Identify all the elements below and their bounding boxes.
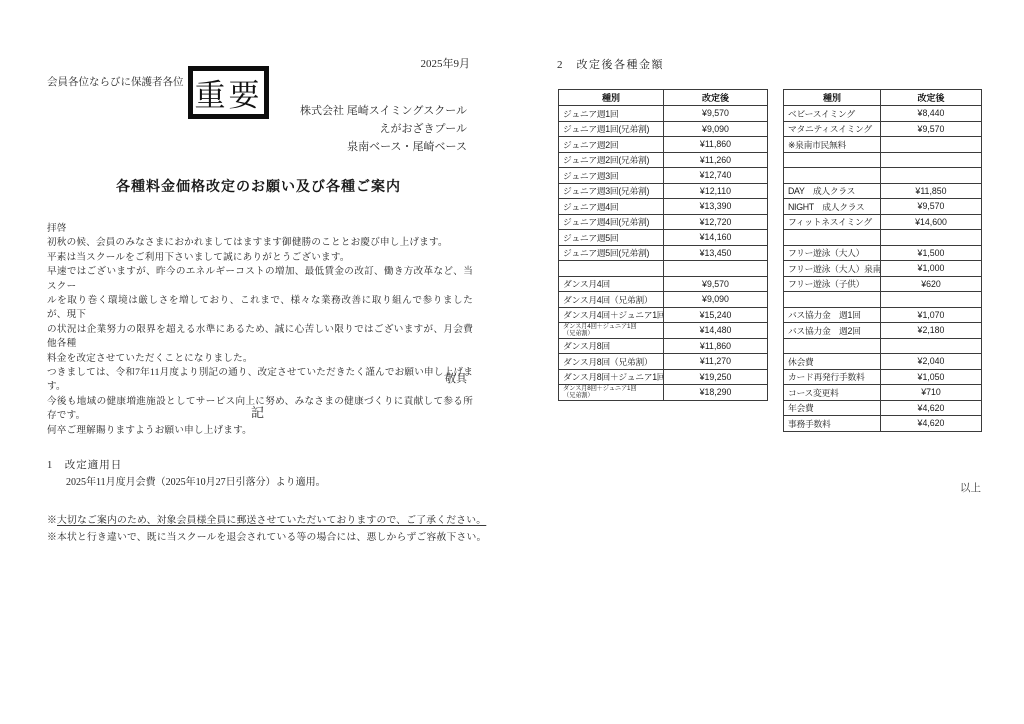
footnote-marker: ※ — [47, 515, 57, 526]
price-row-label — [559, 261, 664, 277]
price-row-label: ダンス月8回＋ジュニア1回 — [559, 369, 664, 385]
footnote-withdrawn-text: 本状と行き違いで、既に当スクールを退会されている等の場合には、悪しからずご容赦下… — [57, 532, 486, 543]
footnote-mailing-text: 大切なご案内のため、対象会員様全員に郵送させていただいておりますので、ご了承くだ… — [57, 515, 486, 526]
price-row-label: ジュニア週1回(兄弟割) — [559, 121, 664, 137]
price-row: DAY 成人クラス¥11,850 — [784, 183, 982, 199]
price-row: 年会費¥4,620 — [784, 400, 982, 416]
price-row-label: ジュニア週3回(兄弟割) — [559, 183, 664, 199]
price-row: 休会費¥2,040 — [784, 354, 982, 370]
price-row-value: ¥9,570 — [664, 106, 768, 122]
price-row: ダンス月4回＋ジュニア1回¥15,240 — [559, 307, 768, 323]
price-row-label: 年会費 — [784, 400, 881, 416]
column-header-revised: 改定後 — [664, 90, 768, 106]
price-row: ダンス月8回＋ジュニア1回¥19,250 — [559, 369, 768, 385]
price-row-value: ¥12,720 — [664, 214, 768, 230]
price-row — [784, 338, 982, 354]
price-row-label: バス協力金 週2回 — [784, 323, 881, 339]
other-price-table: 種別 改定後 ベビースイミング¥8,440マタニティスイミング¥9,570※泉南… — [783, 89, 982, 432]
price-row-label: ジュニア週1回 — [559, 106, 664, 122]
price-row-label: ダンス月8回＋ジュニア1回 （兄弟割） — [559, 385, 664, 401]
footnote-withdrawn: ※本状と行き違いで、既に当スクールを退会されている等の場合には、悪しからずご容赦… — [47, 529, 486, 543]
price-row-value: ¥11,860 — [664, 137, 768, 153]
price-row: ジュニア週3回(兄弟割)¥12,110 — [559, 183, 768, 199]
price-row: ジュニア週5回(兄弟割)¥13,450 — [559, 245, 768, 261]
table-header: 種別 改定後 — [559, 90, 768, 106]
price-row-label: ジュニア週4回 — [559, 199, 664, 215]
table-header: 種別 改定後 — [784, 90, 982, 106]
price-row: ベビースイミング¥8,440 — [784, 106, 982, 122]
section1-text: 2025年11月度月会費（2025年10月27日引落分）より適用。 — [66, 473, 326, 488]
price-row-label: NIGHT 成人クラス — [784, 199, 881, 215]
price-row: ダンス月8回＋ジュニア1回 （兄弟割）¥18,290 — [559, 385, 768, 401]
price-row-value: ¥13,450 — [664, 245, 768, 261]
price-row: NIGHT 成人クラス¥9,570 — [784, 199, 982, 215]
price-row-value: ¥19,250 — [664, 369, 768, 385]
price-row — [784, 168, 982, 184]
price-row-value: ¥4,620 — [881, 416, 982, 432]
price-row: コース変更料¥710 — [784, 385, 982, 401]
price-row-value: ¥12,110 — [664, 183, 768, 199]
price-row: カード再発行手数料¥1,050 — [784, 369, 982, 385]
price-row-value — [881, 137, 982, 153]
section2-heading: 2 改定後各種金額 — [557, 56, 664, 72]
scanned-notice-page: 2025年9月 会員各位ならびに保護者各位 重要 株式会社 尾崎スイミングスクー… — [0, 0, 1024, 724]
price-row-value: ¥710 — [881, 385, 982, 401]
price-row-value: ¥11,260 — [664, 152, 768, 168]
price-row: ジュニア週2回¥11,860 — [559, 137, 768, 153]
price-row: ダンス月4回¥9,570 — [559, 276, 768, 292]
price-row-label: ジュニア週5回 — [559, 230, 664, 246]
price-row-label: カード再発行手数料 — [784, 369, 881, 385]
document-title: 各種料金価格改定のお願い及び各種ご案内 — [47, 176, 470, 196]
closing-ijou: 以上 — [557, 480, 981, 495]
price-row: ジュニア週4回(兄弟割)¥12,720 — [559, 214, 768, 230]
footnote-mailing: ※大切なご案内のため、対象会員様全員に郵送させていただいておりますので、ご了承く… — [47, 512, 486, 526]
recipient-line: 会員各位ならびに保護者各位 — [47, 74, 184, 89]
junior-dance-price-table: 種別 改定後 ジュニア週1回¥9,570ジュニア週1回(兄弟割)¥9,090ジュ… — [558, 89, 768, 401]
price-row-value: ¥11,270 — [664, 354, 768, 370]
price-row-label: フリー遊泳（子供） — [784, 276, 881, 292]
price-row — [559, 261, 768, 277]
price-row: ダンス月4回＋ジュニア1回 （兄弟割）¥14,480 — [559, 323, 768, 339]
price-row: ジュニア週4回¥13,390 — [559, 199, 768, 215]
price-row-value: ¥1,000 — [881, 261, 982, 277]
column-header-type: 種別 — [784, 90, 881, 106]
price-row-label — [784, 152, 881, 168]
price-row-value: ¥18,290 — [664, 385, 768, 401]
price-row-label: ダンス月4回 — [559, 276, 664, 292]
price-row-label: ジュニア週4回(兄弟割) — [559, 214, 664, 230]
price-row: フリー遊泳（大人）¥1,500 — [784, 245, 982, 261]
price-row: ジュニア週3回¥12,740 — [559, 168, 768, 184]
sender-company-block: 株式会社 尾崎スイミングスクール えがおざきプール 泉南ベース・尾崎ベース — [47, 102, 467, 156]
price-row-value: ¥2,040 — [881, 354, 982, 370]
price-row-label: DAY 成人クラス — [784, 183, 881, 199]
price-row-value — [881, 338, 982, 354]
column-header-type: 種別 — [559, 90, 664, 106]
price-row: ※泉南市民無料 — [784, 137, 982, 153]
price-row-label: ダンス月8回 — [559, 338, 664, 354]
price-row-value: ¥12,740 — [664, 168, 768, 184]
price-row-value: ¥2,180 — [881, 323, 982, 339]
price-row-value — [664, 261, 768, 277]
price-row: ジュニア週1回¥9,570 — [559, 106, 768, 122]
price-row-value: ¥8,440 — [881, 106, 982, 122]
price-row: マタニティスイミング¥9,570 — [784, 121, 982, 137]
price-row-label: フィットネスイミング — [784, 214, 881, 230]
price-row-label: コース変更料 — [784, 385, 881, 401]
price-row-value: ¥13,390 — [664, 199, 768, 215]
price-row-label — [784, 230, 881, 246]
column-header-revised: 改定後 — [881, 90, 982, 106]
price-row — [784, 230, 982, 246]
price-row-label: 休会費 — [784, 354, 881, 370]
price-row: フリー遊泳（子供）¥620 — [784, 276, 982, 292]
price-row: ダンス月8回（兄弟割）¥11,270 — [559, 354, 768, 370]
closing-keigu: 敬具 — [47, 370, 467, 386]
price-row: フィットネスイミング¥14,600 — [784, 214, 982, 230]
price-row-value: ¥11,850 — [881, 183, 982, 199]
price-row-value: ¥4,620 — [881, 400, 982, 416]
footnote-marker: ※ — [47, 532, 57, 543]
price-row-value: ¥9,090 — [664, 292, 768, 308]
price-row-value: ¥9,570 — [881, 199, 982, 215]
price-row-value: ¥11,860 — [664, 338, 768, 354]
price-row-label: マタニティスイミング — [784, 121, 881, 137]
price-row-label: ダンス月4回＋ジュニア1回 （兄弟割） — [559, 323, 664, 339]
price-row-label: ジュニア週5回(兄弟割) — [559, 245, 664, 261]
price-row-value — [881, 168, 982, 184]
price-row-label: ダンス月8回（兄弟割） — [559, 354, 664, 370]
price-row-label: ジュニア週2回 — [559, 137, 664, 153]
price-row-label: ジュニア週2回(兄弟割) — [559, 152, 664, 168]
price-row: 事務手数料¥4,620 — [784, 416, 982, 432]
price-row: フリー遊泳（大人）泉南市民¥1,000 — [784, 261, 982, 277]
price-row-label — [784, 168, 881, 184]
price-row: ジュニア週1回(兄弟割)¥9,090 — [559, 121, 768, 137]
price-row-value: ¥14,480 — [664, 323, 768, 339]
price-row — [784, 292, 982, 308]
price-row-label — [784, 292, 881, 308]
price-row-value — [881, 292, 982, 308]
price-row-value: ¥15,240 — [664, 307, 768, 323]
price-row — [784, 152, 982, 168]
price-row-value — [881, 152, 982, 168]
price-row-value: ¥9,090 — [664, 121, 768, 137]
price-row-value: ¥14,160 — [664, 230, 768, 246]
price-row-label: ダンス月4回＋ジュニア1回 — [559, 307, 664, 323]
price-row-value: ¥1,500 — [881, 245, 982, 261]
price-row-value: ¥9,570 — [664, 276, 768, 292]
price-row-label: フリー遊泳（大人）泉南市民 — [784, 261, 881, 277]
price-row-label: 事務手数料 — [784, 416, 881, 432]
price-row: ダンス月8回¥11,860 — [559, 338, 768, 354]
ki-marker: 記 — [47, 402, 470, 421]
price-row: ジュニア週5回¥14,160 — [559, 230, 768, 246]
price-row-label: ダンス月4回（兄弟割） — [559, 292, 664, 308]
price-row-label: フリー遊泳（大人） — [784, 245, 881, 261]
price-row: バス協力金 週2回¥2,180 — [784, 323, 982, 339]
price-row-label: ベビースイミング — [784, 106, 881, 122]
price-row-value: ¥9,570 — [881, 121, 982, 137]
price-row-value — [881, 230, 982, 246]
price-row: バス協力金 週1回¥1,070 — [784, 307, 982, 323]
price-row: ダンス月4回（兄弟割）¥9,090 — [559, 292, 768, 308]
price-row-value: ¥620 — [881, 276, 982, 292]
price-row: ジュニア週2回(兄弟割)¥11,260 — [559, 152, 768, 168]
price-row-label — [784, 338, 881, 354]
price-row-value: ¥1,050 — [881, 369, 982, 385]
section1-heading: 1 改定適用日 — [47, 457, 122, 472]
price-row-value: ¥1,070 — [881, 307, 982, 323]
price-row-label: ※泉南市民無料 — [784, 137, 881, 153]
price-row-label: バス協力金 週1回 — [784, 307, 881, 323]
price-row-label: ジュニア週3回 — [559, 168, 664, 184]
price-row-value: ¥14,600 — [881, 214, 982, 230]
